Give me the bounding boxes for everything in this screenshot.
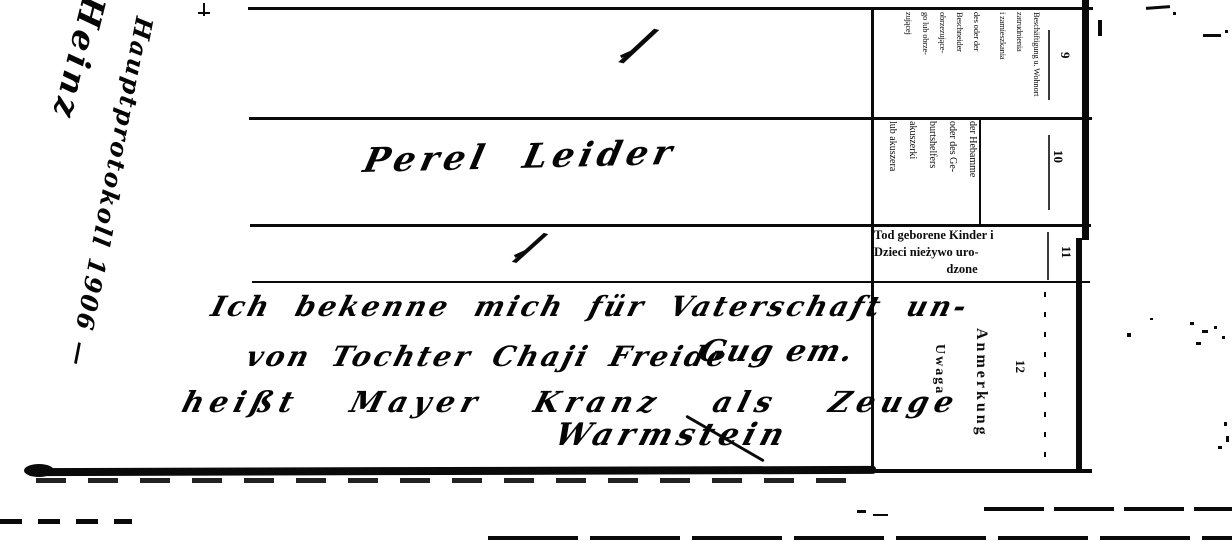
table-border-top: [248, 7, 1093, 10]
right-border-lower: [1076, 238, 1082, 472]
header-line: der Hebamme: [962, 121, 982, 223]
entry-name: Perel Leider: [360, 133, 681, 181]
remark-line-3: heißt Mayer Kranz als Zeuge: [178, 385, 963, 419]
margin-note-line-1: Heinz: [30, 0, 114, 186]
column-number-11: 11: [1058, 246, 1074, 258]
header-line: burtshelfers: [922, 121, 942, 223]
header-line: dzone: [874, 261, 1050, 278]
row-divider-3: [252, 281, 1090, 283]
header-line: zatrudnienia: [1011, 12, 1028, 116]
ditto-mark: /: [621, 19, 658, 70]
header-line: obrzezujące-: [934, 12, 951, 116]
remark-line-2b: Gug em.: [695, 334, 859, 369]
number-band-rule-dashed: [1044, 292, 1046, 464]
header-line: lub akuszera: [882, 121, 902, 223]
column-9-header: Beschäftigung u. Wohnort zatrudnienia i …: [885, 12, 1045, 116]
table-border-bottom-thin: [874, 469, 1092, 473]
number-band-rule-a: [1048, 30, 1050, 100]
column-12-header-de: Anmerkung: [972, 328, 990, 453]
row-divider-1: [249, 117, 1092, 120]
header-line: i zamieszkania: [994, 12, 1011, 116]
header-line: zującej: [900, 12, 917, 116]
header-line: go lub obrze-: [917, 12, 934, 116]
column-number-9: 9: [1057, 52, 1073, 59]
bottom-border-blob: [24, 464, 54, 477]
ditto-mark: /: [514, 225, 547, 270]
table-border-bottom-heavy: [28, 466, 876, 476]
header-line: des oder der: [968, 12, 985, 116]
header-line: oder des Ge-: [942, 121, 962, 223]
header-line: akuszerki: [902, 121, 922, 223]
remark-line-1: Ich bekenne mich für Vaterschaft un-: [208, 290, 973, 323]
column-number-10: 10: [1050, 150, 1066, 163]
right-border-upper: [1082, 0, 1089, 240]
signature: Warmstein: [551, 417, 793, 453]
remark-line-2: von Tochter Chaji Freide: [243, 340, 733, 373]
number-band-rule-b: [1048, 135, 1050, 210]
column-10-header: der Hebamme oder des Ge- burtshelfers ak…: [880, 121, 982, 223]
header-line: Beschäftigung u. Wohnort: [1028, 12, 1045, 116]
register-scan-page: Beschäftigung u. Wohnort zatrudnienia i …: [0, 0, 1232, 544]
header-line: Beschneider: [951, 12, 968, 116]
column-number-12: 12: [1012, 360, 1028, 373]
column-11-header: Tod geborene Kinder i Dzieci nieżywo uro…: [874, 227, 1050, 278]
header-line: Tod geborene Kinder i: [874, 227, 1050, 244]
header-line: Dzieci nieżywo uro-: [874, 244, 1050, 261]
bottom-smudge-dashes: [36, 478, 860, 483]
